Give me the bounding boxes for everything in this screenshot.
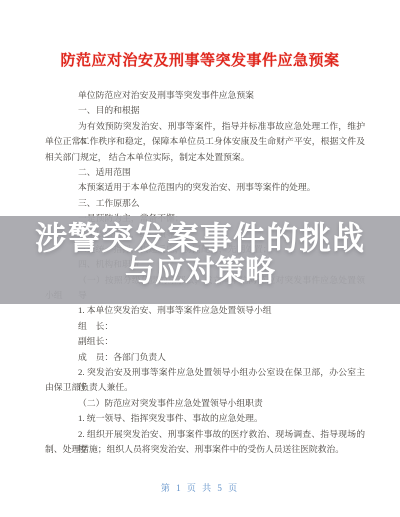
watermark-line-2: 与应对策略: [0, 255, 400, 289]
doc-line: 1. 本单位突发治安、刑事等案件应急处置领导小组: [45, 303, 365, 318]
doc-line: 本预案适用于本单位范围内的突发治安、刑事等案件的处理。: [45, 180, 365, 195]
doc-line: 一、目的和根据: [45, 103, 365, 118]
doc-line: 成 员：各部门负责人: [45, 350, 365, 365]
doc-line: 三、工作原那么: [45, 196, 365, 211]
doc-line: 二、适用范围: [45, 165, 365, 180]
doc-line: 由保卫部负责人兼任。: [45, 380, 365, 395]
doc-line: （二）防范应对突发事件应急处置领导小组职责: [45, 396, 365, 411]
doc-line: 2. 组织开展突发治安、刑事案件事故的医疗救治、现场调查、指导现场的控: [45, 427, 365, 442]
document-page: 防范应对治安及刑事等突发事件应急预案 单位防范应对治安及刑事等突发事件应急预案一…: [0, 0, 400, 517]
doc-line: 2. 突发治安及刑事等案件应急处置领导小组办公室设在保卫部，办公室主任: [45, 365, 365, 380]
doc-line: 单位防范应对治安及刑事等突发事件应急预案: [45, 88, 365, 103]
doc-line: 单位正常工作秩序和稳定，保障本单位员工身体安康及生命财产平安，根据文件及: [45, 134, 365, 149]
watermark-line-1: 涉警突发案事件的挑战: [0, 219, 400, 257]
document-title: 防范应对治安及刑事等突发事件应急预案: [0, 49, 400, 70]
page-number-indicator: 第 1 页 共 5 页: [0, 481, 400, 494]
doc-line: 1. 统一领导、指挥突发事件、事故的应急处理。: [45, 411, 365, 426]
doc-line: 制、处理措施；组织人员将突发治安、刑事案件中的受伤人员送往医院救治。: [45, 442, 365, 457]
doc-line: 副组长：: [45, 334, 365, 349]
doc-line: 相关部门规定， 结合本单位实际，制定本处置预案。: [45, 150, 365, 165]
watermark-overlay-text: 涉警突发案事件的挑战 与应对策略: [0, 219, 400, 289]
doc-line: 组 长：: [45, 319, 365, 334]
doc-line: 为有效预防突发治安、刑事等案件，指导并标准事故应急处理工作，维护本: [45, 119, 365, 134]
